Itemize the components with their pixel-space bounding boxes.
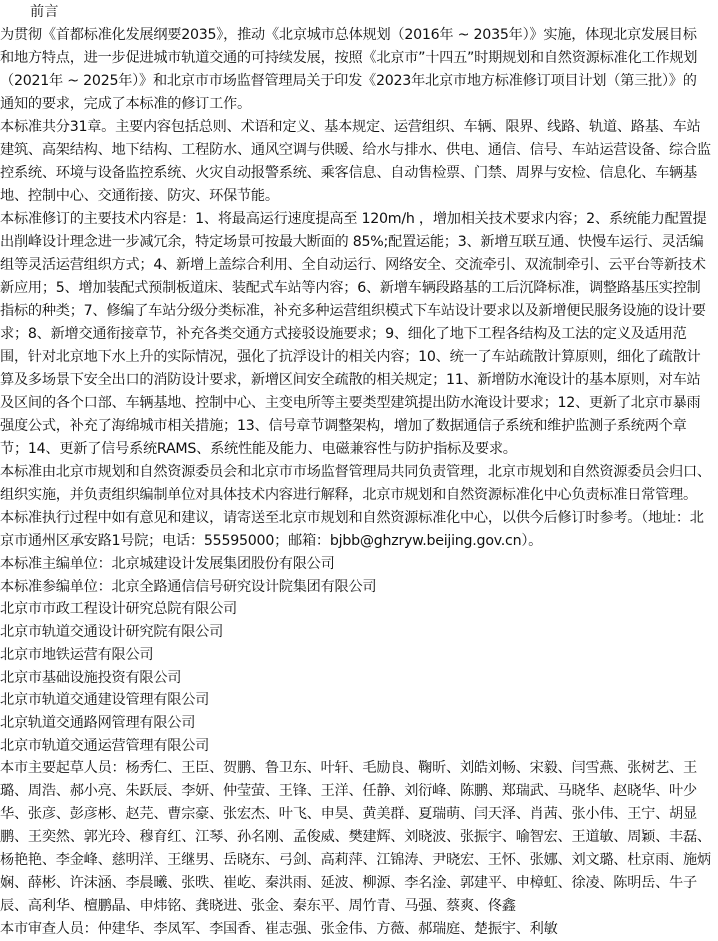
drafters-paragraph: 本市主要起草人员：杨秀仁、王臣、贺鹏、鲁卫东、叶轩、毛励良、鞠昕、刘皓刘畅、宋毅… — [0, 757, 718, 918]
participating-unit: 北京市轨道交通建设管理有限公司 — [0, 689, 718, 712]
revisions-paragraph: 本标准修订的主要技术内容是：1、将最高运行速度提高至 120m/h ，增加相关技… — [0, 208, 718, 461]
text-line: 和地方特点，进一步促进城市轨道交通的可持续发展，按照《北京市”十四五”时期规划和… — [0, 47, 718, 70]
text-line: 及区间的各个口部、车辆基地、控制中心、主变电所等主要类型建筑提出防水淹设计要求；… — [0, 392, 718, 415]
chapters-paragraph: 本标准共分31章。主要内容包括总则、术语和定义、基本规定、运营组织、车辆、限界、… — [0, 116, 718, 208]
text-line: 京市通州区承安路1号院；电话：55595000；邮箱：bjbb@ghzryw.b… — [0, 530, 718, 553]
participating-unit: 北京市地铁运营有限公司 — [0, 644, 718, 667]
chief-editor-unit: 本标准主编单位：北京城建设计发展集团股份有限公司 — [0, 553, 718, 576]
feedback-paragraph: 本标准执行过程中如有意见和建议，请寄送至北京市规划和自然资源标准化中心，以供今后… — [0, 507, 718, 553]
text-line: 围，针对北京地下水上升的实际情况，强化了抗浮设计的相关内容；10、统一了车站疏散… — [0, 346, 718, 369]
text-line: 杨艳艳、李金峰、慈明洋、王继男、岳晓东、弓剑、高莉萍、江锦涛、尹晓宏、王怀、张娜… — [0, 849, 718, 872]
text-line: 本标准由北京市规划和自然资源委员会和北京市市场监督管理局共同负责管理，北京市规划… — [0, 461, 718, 484]
text-line: 鹏、王奕然、郭光玲、穆育红、江琴、孙名刚、孟俊威、樊建辉、刘晓波、张振宇、喻智宏… — [0, 826, 718, 849]
participating-unit: 北京市轨道交通设计研究院有限公司 — [0, 621, 718, 644]
participating-unit: 北京市轨道交通运营管理有限公司 — [0, 735, 718, 758]
intro-paragraph: 为贯彻《首都标准化发展纲要2035》，推动《北京城市总体规划（2016年 ~ 2… — [0, 24, 718, 116]
text-line: 本标准共分31章。主要内容包括总则、术语和定义、基本规定、运营组织、车辆、限界、… — [0, 116, 718, 139]
text-line: 地、控制中心、交通衔接、防灾、环保节能。 — [0, 185, 718, 208]
text-line: 通知的要求，完成了本标准的修订工作。 — [0, 93, 718, 116]
text-line: （2021年 ~ 2025年）》和北京市市场监督管理局关于印发《2023年北京市… — [0, 70, 718, 93]
reviewers-line: 本市审查人员：仲建华、李凤军、李国香、崔志强、张金伟、方薇、郝瑞庭、楚振宇、利敏 — [0, 918, 718, 941]
text-line: 辰、高利华、檀鹏晶、申炜铭、龚晓进、张金、秦东平、周竹青、马强、蔡爽、佟鑫 — [0, 895, 718, 918]
document-page: 前言 为贯彻《首都标准化发展纲要2035》，推动《北京城市总体规划（2016年 … — [0, 0, 718, 941]
participating-unit: 北京轨道交通路网管理有限公司 — [0, 712, 718, 735]
text-line: 组等灵活运营组织方式；4、新增上盖综合利用、全自动运行、网络安全、交流牵引、双流… — [0, 254, 718, 277]
text-line: 强度公式，补充了海绵城市相关措施；13、信号章节调整架构，增加了数据通信子系统和… — [0, 415, 718, 438]
participating-unit: 北京市市政工程设计研究总院有限公司 — [0, 598, 718, 621]
text-line: 本标准执行过程中如有意见和建议，请寄送至北京市规划和自然资源标准化中心，以供今后… — [0, 507, 718, 530]
text-line: 节；14、更新了信号系统RAMS、系统性能及能力、电磁兼容性与防护指标及要求。 — [0, 438, 718, 461]
text-line: 本市主要起草人员：杨秀仁、王臣、贺鹏、鲁卫东、叶轩、毛励良、鞠昕、刘皓刘畅、宋毅… — [0, 757, 718, 780]
units-section: 本标准主编单位：北京城建设计发展集团股份有限公司 本标准参编单位：北京全路通信信… — [0, 553, 718, 757]
text-line: 娴、薛彬、许沫涵、李晨曦、张昳、崔屹、秦洪雨、延波、柳源、李名淦、郭建平、申樟虹… — [0, 872, 718, 895]
text-line: 控系统、环境与设备监控系统、火灾自动报警系统、乘客信息、自动售检票、门禁、周界与… — [0, 162, 718, 185]
participating-unit: 北京市基础设施投资有限公司 — [0, 667, 718, 690]
participating-units-label: 本标准参编单位：北京全路通信信号研究设计院集团有限公司 — [0, 576, 718, 599]
management-paragraph: 本标准由北京市规划和自然资源委员会和北京市市场监督管理局共同负责管理，北京市规划… — [0, 461, 718, 507]
text-line: 璐、周浩、郝小亮、朱跃辰、李妍、仲莹萤、王锋、王洋、任静、刘衍峰、陈鹏、郑瑞武、… — [0, 780, 718, 803]
text-line: 新应用；5、增加装配式预制板道床、装配式车站等内容；6、新增车辆段路基的工后沉降… — [0, 277, 718, 300]
text-line: 指标的种类；7、修编了车站分级分类标准，补充多种运营组织模式下车站设计要求以及新… — [0, 300, 718, 323]
text-line: 算及多场景下安全出口的消防设计要求，新增区间安全疏散的相关规定；11、新增防水淹… — [0, 369, 718, 392]
text-line: 组织实施，并负责组织编制单位对具体技术内容进行解释，北京市规划和自然资源标准化中… — [0, 484, 718, 507]
reviewers-paragraph: 本市审查人员：仲建华、李凤军、李国香、崔志强、张金伟、方薇、郝瑞庭、楚振宇、利敏 — [0, 918, 718, 941]
text-line: 出削峰设计理念进一步减冗余，特定场景可按最大断面的 85%;配置运能；3、新增互… — [0, 231, 718, 254]
foreword-heading: 前言 — [0, 1, 718, 24]
text-line: 本标准修订的主要技术内容是：1、将最高运行速度提高至 120m/h ，增加相关技… — [0, 208, 718, 231]
text-line: 建筑、高架结构、地下结构、工程防水、通风空调与供暖、给水与排水、供电、通信、信号… — [0, 139, 718, 162]
text-line: 为贯彻《首都标准化发展纲要2035》，推动《北京城市总体规划（2016年 ~ 2… — [0, 24, 718, 47]
text-line: 求；8、新增交通衔接章节，补充各类交通方式接驳设施要求；9、细化了地下工程各结构… — [0, 323, 718, 346]
text-line: 华、张彦、彭彦彬、赵芫、曹宗豪、张宏杰、叶飞、申昊、黄美群、夏瑞萌、闫天泽、肖茜… — [0, 803, 718, 826]
